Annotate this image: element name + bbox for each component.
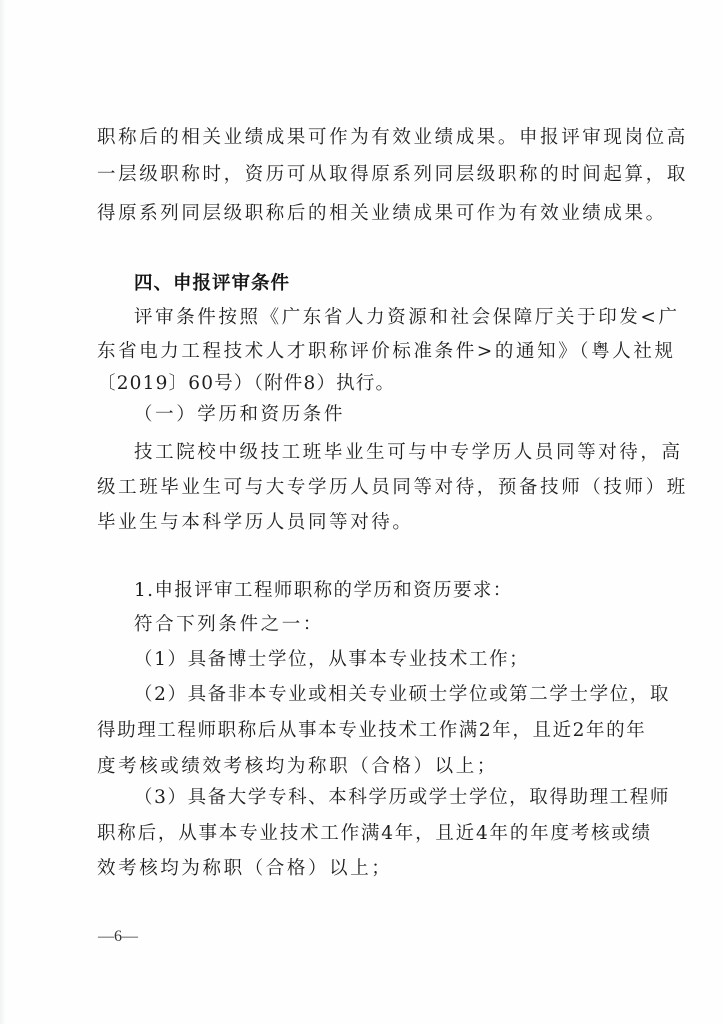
section-heading: 四、申报评审条件 bbox=[134, 272, 654, 296]
subsection-heading: （一）学历和资历条件 bbox=[134, 403, 654, 427]
condition-1: （1）具备博士学位，从事本专业技术工作； bbox=[134, 648, 654, 672]
subsection-body-line: 技工院校中级技工班毕业生可与中专学历人员同等对待，高 bbox=[134, 441, 654, 465]
condition-3-line: （3）具备大学专科、本科学历或学士学位，取得助理工程师 bbox=[134, 786, 654, 810]
condition-2-line: （2）具备非本专业或相关专业硕士学位或第二学士学位，取 bbox=[134, 683, 654, 707]
condition-3-line: 职称后，从事本专业技术工作满4年，且近4年的年度考核或绩 bbox=[97, 822, 617, 846]
item-heading: 1.申报评审工程师职称的学历和资历要求： bbox=[134, 579, 654, 603]
condition-2-line: 度考核或绩效考核均为称职（合格）以上； bbox=[97, 755, 617, 779]
page-number: —6— bbox=[98, 928, 138, 946]
paragraph-line: 一层级职称时，资历可从取得原系列同层级职称的时间起算，取 bbox=[97, 163, 617, 187]
paragraph-line: 得原系列同层级职称后的相关业绩成果可作为有效业绩成果。 bbox=[97, 202, 617, 226]
section-intro-line: 评审条件按照《广东省人力资源和社会保障厅关于印发<广 bbox=[134, 306, 654, 330]
section-intro-line: 〔2019〕60号）（附件8）执行。 bbox=[97, 372, 617, 396]
page-edge bbox=[0, 0, 6, 1024]
section-intro-line: 东省电力工程技术人才职称评价标准条件>的通知》（粤人社规 bbox=[97, 340, 617, 364]
document-page: 职称后的相关业绩成果可作为有效业绩成果。申报评审现岗位高 一层级职称时，资历可从… bbox=[0, 0, 723, 1024]
subsection-body-line: 级工班毕业生可与大专学历人员同等对待，预备技师（技师）班 bbox=[97, 476, 617, 500]
paragraph-line: 职称后的相关业绩成果可作为有效业绩成果。申报评审现岗位高 bbox=[97, 126, 617, 150]
item-intro: 符合下列条件之一： bbox=[134, 613, 654, 637]
condition-2-line: 得助理工程师职称后从事本专业技术工作满2年，且近2年的年 bbox=[97, 719, 617, 743]
subsection-body-line: 毕业生与本科学历人员同等对待。 bbox=[97, 511, 617, 535]
condition-3-line: 效考核均为称职（合格）以上； bbox=[97, 857, 617, 881]
